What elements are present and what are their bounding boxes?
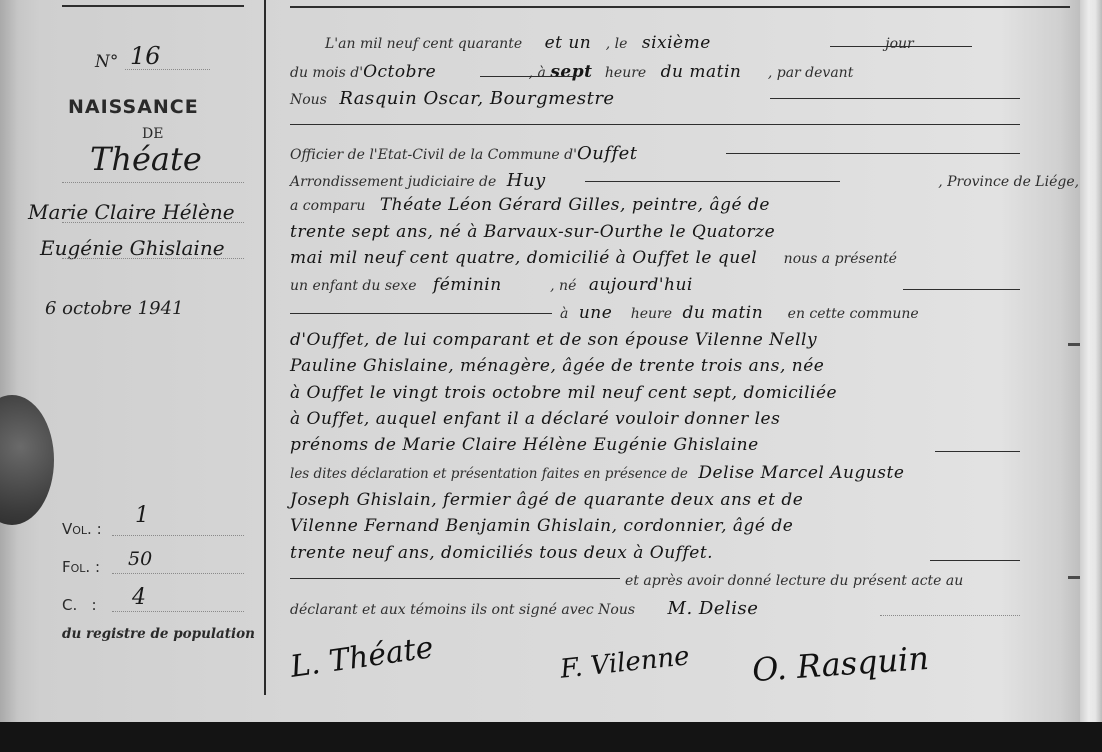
c-value: 4 bbox=[132, 585, 146, 610]
vol-value: 1 bbox=[135, 503, 149, 528]
rule-10 bbox=[290, 313, 552, 314]
act-line-10: à une heure du matin en cette commune bbox=[560, 303, 919, 323]
act-line-7: trente sept ans, né à Barvaux-sur-Ourthe… bbox=[290, 222, 775, 242]
surname-rule bbox=[62, 182, 244, 183]
bottom-shadow bbox=[0, 722, 1102, 752]
act-line-9: un enfant du sexe féminin , né aujourd'h… bbox=[290, 275, 693, 295]
act-line-20: et après avoir donné lecture du présent … bbox=[625, 573, 963, 589]
rule-1 bbox=[830, 46, 972, 47]
fol-label: Fol. : bbox=[62, 558, 100, 576]
thumb-shadow bbox=[0, 395, 54, 525]
top-rule-right bbox=[290, 6, 1070, 8]
rule-15 bbox=[935, 451, 1020, 452]
column-divider bbox=[264, 0, 266, 695]
rule-9 bbox=[903, 289, 1020, 290]
given-rule-2 bbox=[62, 258, 244, 259]
act-line-19: trente neuf ans, domiciliés tous deux à … bbox=[290, 543, 713, 563]
act-line-11: d'Ouffet, de lui comparant et de son épo… bbox=[290, 330, 817, 350]
act-line-8: mai mil neuf cent quatre, domicilié à Ou… bbox=[290, 248, 897, 268]
rule-20 bbox=[290, 578, 620, 579]
given-names-line2: Eugénie Ghislaine bbox=[40, 236, 225, 260]
vol-rule bbox=[112, 535, 244, 536]
act-line-14: à Ouffet, auquel enfant il a déclaré vou… bbox=[290, 409, 780, 429]
act-line-2: du mois d'Octobre , à sept heure du mati… bbox=[290, 62, 853, 82]
act-line-12: Pauline Ghislaine, ménagère, âgée de tre… bbox=[290, 356, 824, 376]
rule-5 bbox=[726, 153, 1020, 154]
act-line-13: à Ouffet le vingt trois octobre mil neuf… bbox=[290, 383, 837, 403]
act-line-15: prénoms de Marie Claire Hélène Eugénie G… bbox=[290, 435, 759, 455]
given-names-line1: Marie Claire Hélène bbox=[28, 200, 235, 224]
act-line-1: L'an mil neuf cent quarante et un , le s… bbox=[325, 33, 914, 53]
register-page: N° 16 NAISSANCE DE Théate Marie Claire H… bbox=[0, 0, 1082, 735]
heading-naissance: NAISSANCE bbox=[68, 96, 199, 118]
signature-declarant: L. Théate bbox=[288, 630, 435, 685]
signature-witness: F. Vilenne bbox=[559, 641, 691, 684]
page-fold bbox=[1080, 0, 1102, 745]
act-line-16: les dites déclaration et présentation fa… bbox=[290, 463, 904, 483]
birth-date: 6 octobre 1941 bbox=[45, 298, 183, 319]
given-rule-1 bbox=[62, 222, 244, 223]
number-value: 16 bbox=[130, 42, 161, 70]
register-footer: du registre de population bbox=[62, 626, 255, 642]
fol-rule bbox=[112, 573, 244, 574]
rule-19 bbox=[930, 560, 1020, 561]
act-line-6: a comparu Théate Léon Gérard Gilles, pei… bbox=[290, 195, 770, 215]
number-rule bbox=[125, 69, 210, 70]
surname: Théate bbox=[90, 140, 202, 178]
rule-2 bbox=[480, 76, 576, 77]
signature-officer: O. Rasquin bbox=[751, 639, 930, 689]
act-line-18: Vilenne Fernand Benjamin Ghislain, cordo… bbox=[290, 516, 793, 536]
act-line-4: Officier de l'Etat-Civil de la Commune d… bbox=[290, 143, 638, 164]
rule-21 bbox=[880, 615, 1020, 616]
rule-3 bbox=[770, 98, 1020, 99]
top-rule-left bbox=[62, 5, 244, 7]
act-line-3: Nous Rasquin Oscar, Bourgmestre bbox=[290, 88, 615, 109]
rule-6 bbox=[585, 181, 840, 182]
act-line-21: déclarant et aux témoins ils ont signé a… bbox=[290, 598, 758, 619]
vol-label: Vol. : bbox=[62, 520, 102, 538]
c-rule bbox=[112, 611, 244, 612]
fol-value: 50 bbox=[128, 548, 152, 570]
number-label: N° bbox=[95, 52, 118, 72]
c-label: C. : bbox=[62, 596, 97, 614]
rule-4 bbox=[290, 124, 1020, 125]
act-line-17: Joseph Ghislain, fermier âgé de quarante… bbox=[290, 490, 803, 510]
